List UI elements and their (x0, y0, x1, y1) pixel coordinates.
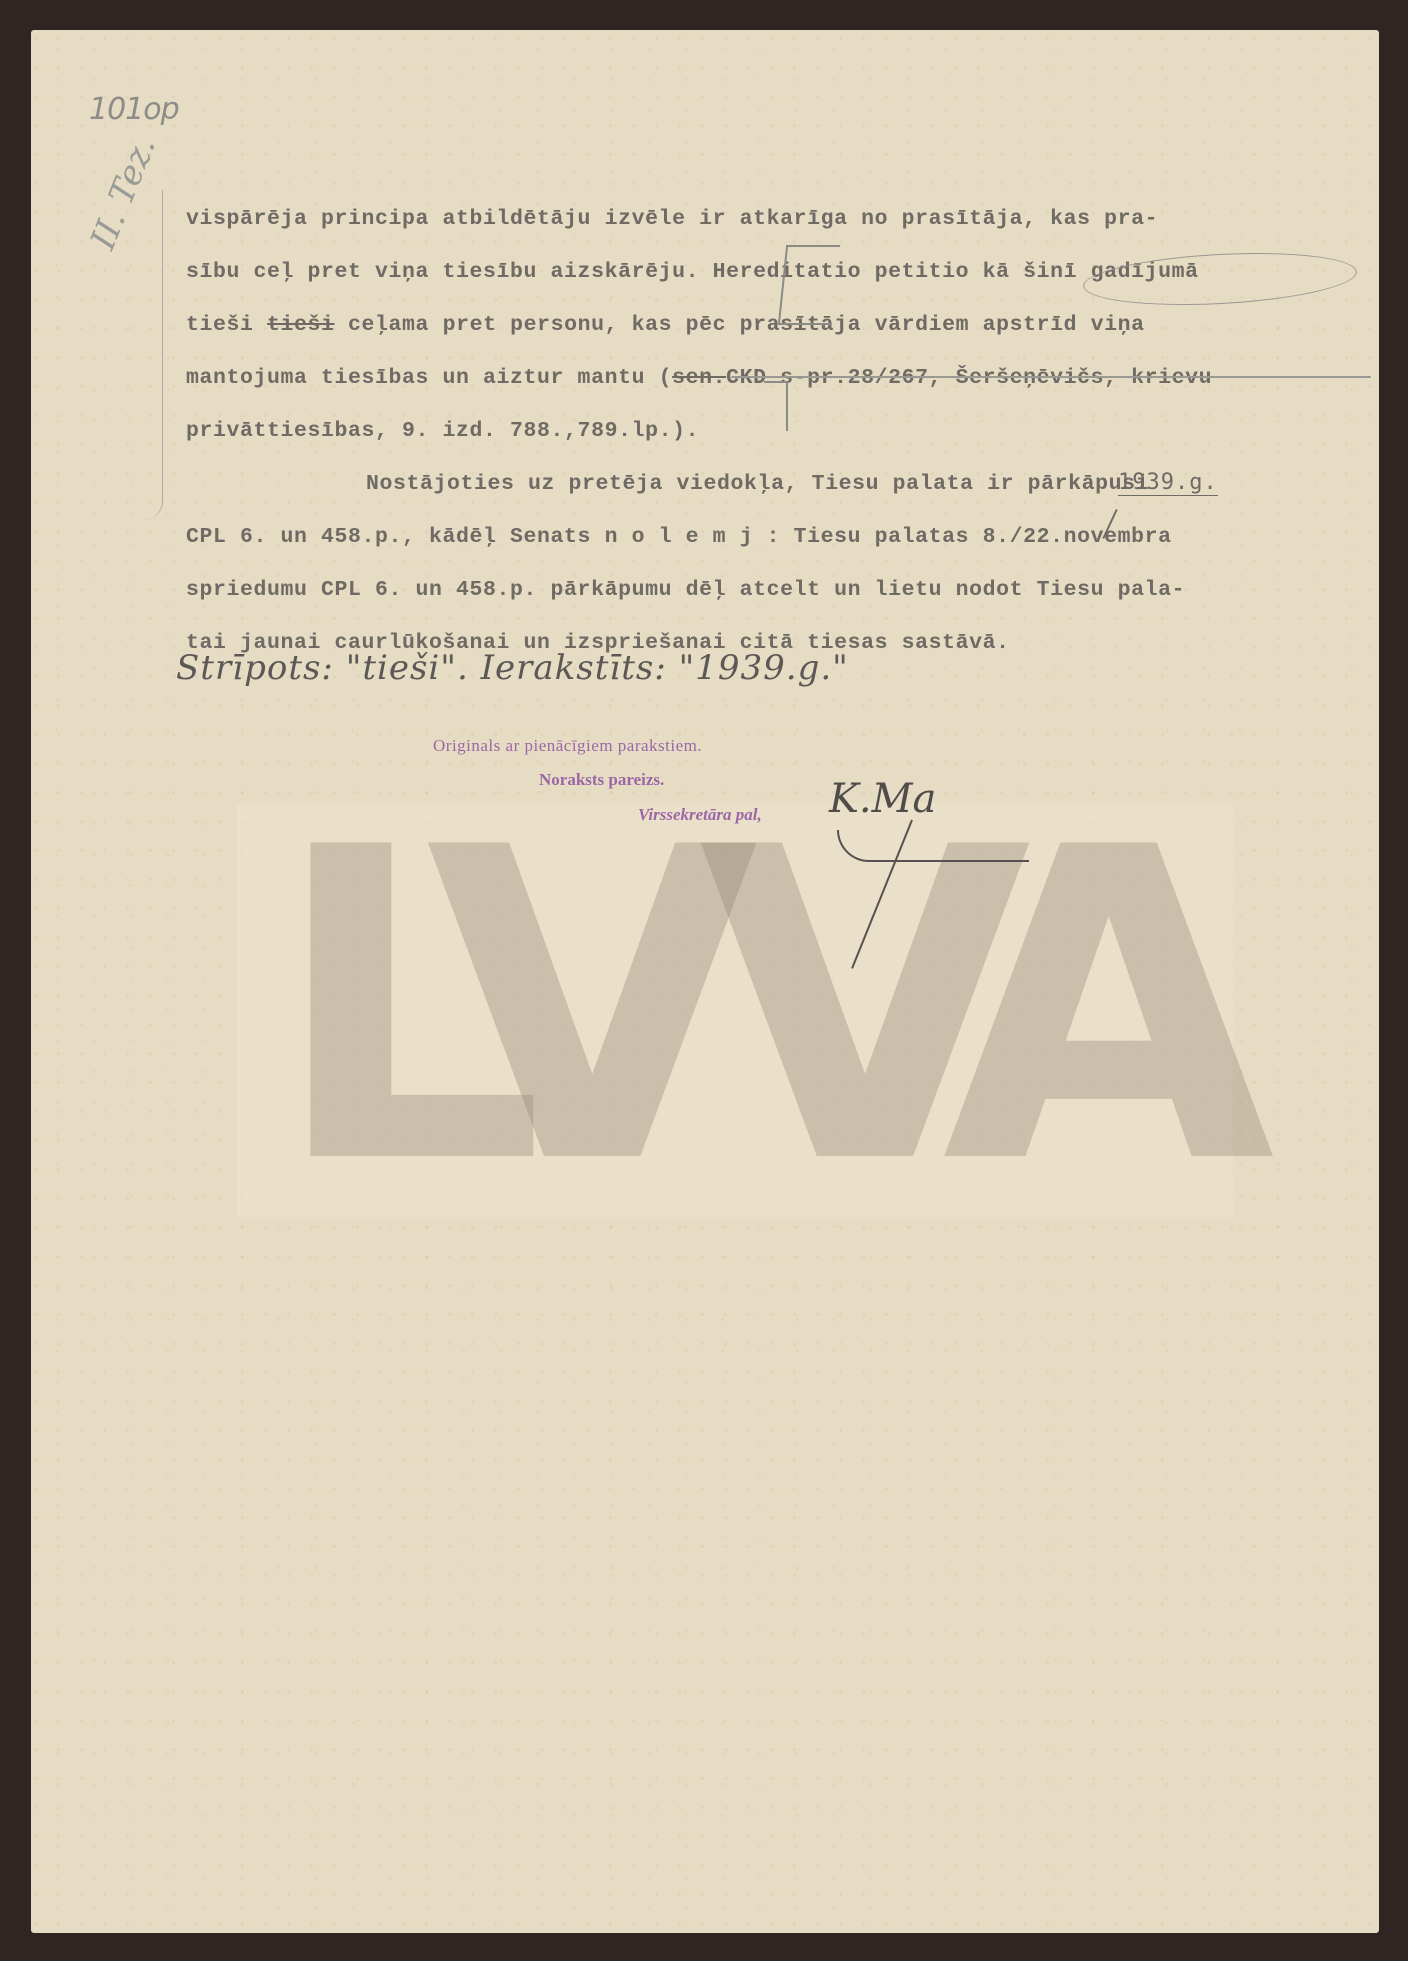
stamp-line-noraksts: Noraksts pareizs. (539, 770, 664, 790)
body-line: CPL 6. un 458.p., kādēļ Senats n o l e m… (186, 511, 1346, 564)
body-line: tieši tieši ceļama pret personu, kas pēc… (186, 299, 1346, 352)
body-line: spriedumu CPL 6. un 458.p. pārkāpumu dēļ… (186, 564, 1346, 617)
folio-number: 101op (89, 92, 179, 127)
margin-bracket-line (144, 190, 163, 520)
pencil-underline (731, 376, 1371, 378)
body-line-text: ceļama pret personu, kas pēc prasītāja v… (335, 313, 1145, 337)
signature-flourish (837, 830, 1029, 862)
pencil-bracket-close (764, 381, 788, 431)
body-line-text: mantojuma tiesības un aiztur mantu ( (186, 366, 672, 390)
body-line-text: 8./22.novembra (969, 525, 1172, 549)
struck-abbrev: sen. (672, 366, 726, 390)
body-line-text: sību ceļ pret viņa tiesību aizskārēju. H… (186, 260, 969, 284)
pencil-bracket-open (778, 245, 840, 325)
body-line-text: CPL 6. un 458.p., kādēļ Senats n o l e m… (186, 525, 969, 549)
stamp-line-virssekretara: Virssekretāra pal, (638, 805, 762, 825)
struck-abbrev: s-pr (780, 366, 834, 390)
struck-word: tieši (267, 313, 335, 337)
watermark-text: LVVA (271, 793, 1215, 1223)
handwritten-correction-note: Strīpots: "tieši". Ierakstīts: "1939.g." (176, 648, 849, 688)
body-line: vispārēja principa atbildētāju izvēle ir… (186, 193, 1346, 246)
document-page: 101op II. Tez. vispārēja principa atbild… (31, 30, 1379, 1933)
stamp-line-originals: Originals ar pienācīgiem parakstiem. (433, 736, 702, 756)
signature: K.Ma (829, 776, 936, 822)
body-line-text: .28/267, Šeršeņēvičs, krievu (834, 366, 1212, 390)
inserted-year: 1939.g. (1118, 470, 1218, 496)
watermark: LVVA (237, 803, 1233, 1217)
body-line-text: tieši (186, 313, 254, 337)
